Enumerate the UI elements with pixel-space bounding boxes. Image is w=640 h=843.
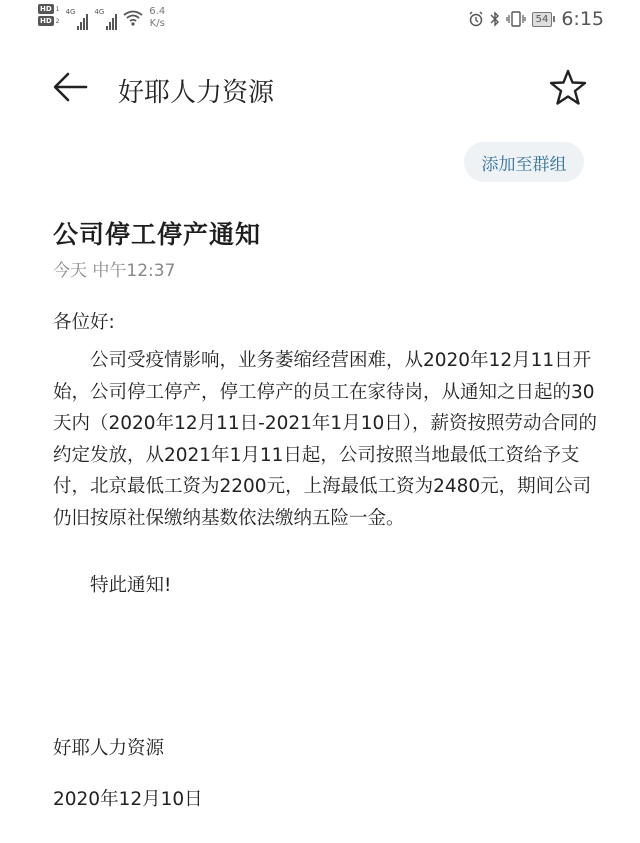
network-type: 4G [94, 8, 104, 16]
top-nav: 好耶人力资源 [0, 60, 640, 116]
star-outline-icon[interactable] [548, 68, 588, 108]
sim2-indicator: HD 2 [38, 16, 60, 26]
sim1-indicator: HD 1 [38, 4, 60, 14]
message-date: 2020年12月10日 [53, 784, 203, 816]
vibrate-icon [506, 11, 526, 27]
message-closing: 特此通知! [90, 570, 171, 602]
message-subject: 公司停工停产通知 [53, 215, 261, 251]
status-bar: HD 1 HD 2 4G 4G 6.4 K/s [0, 0, 640, 40]
signal-icon-2: 4G [94, 8, 117, 30]
hd-badge: HD [38, 16, 54, 26]
speed-unit: K/s [149, 18, 165, 30]
status-right: 54 6:15 [468, 8, 604, 30]
sender-title: 好耶人力资源 [118, 72, 274, 109]
sim-slot: 1 [56, 6, 60, 13]
hd-badge: HD [38, 4, 54, 14]
clock: 6:15 [561, 8, 604, 30]
speed-value: 6.4 [149, 6, 165, 18]
network-type: 4G [66, 8, 76, 16]
add-to-group-button[interactable]: 添加至群组 [464, 142, 584, 182]
wifi-icon [123, 10, 143, 26]
message-body: 公司受疫情影响，业务萎缩经营困难，从2020年12月11日开始，公司停工停产，停… [53, 345, 598, 534]
message-greeting: 各位好: [53, 307, 115, 339]
signal-icon-1: 4G [66, 8, 89, 30]
battery-tip [553, 16, 555, 22]
bluetooth-icon [490, 11, 500, 27]
network-speed: 6.4 K/s [149, 6, 165, 30]
status-left: HD 1 HD 2 4G 4G 6.4 K/s [38, 4, 165, 30]
sim-indicators: HD 1 HD 2 [38, 4, 60, 26]
message-signature: 好耶人力资源 [53, 733, 164, 765]
battery-icon: 54 [532, 12, 553, 27]
arrow-left-icon[interactable] [50, 70, 90, 104]
sim-slot: 2 [56, 18, 60, 25]
message-time: 今天 中午12:37 [53, 256, 175, 281]
alarm-icon [468, 11, 484, 27]
